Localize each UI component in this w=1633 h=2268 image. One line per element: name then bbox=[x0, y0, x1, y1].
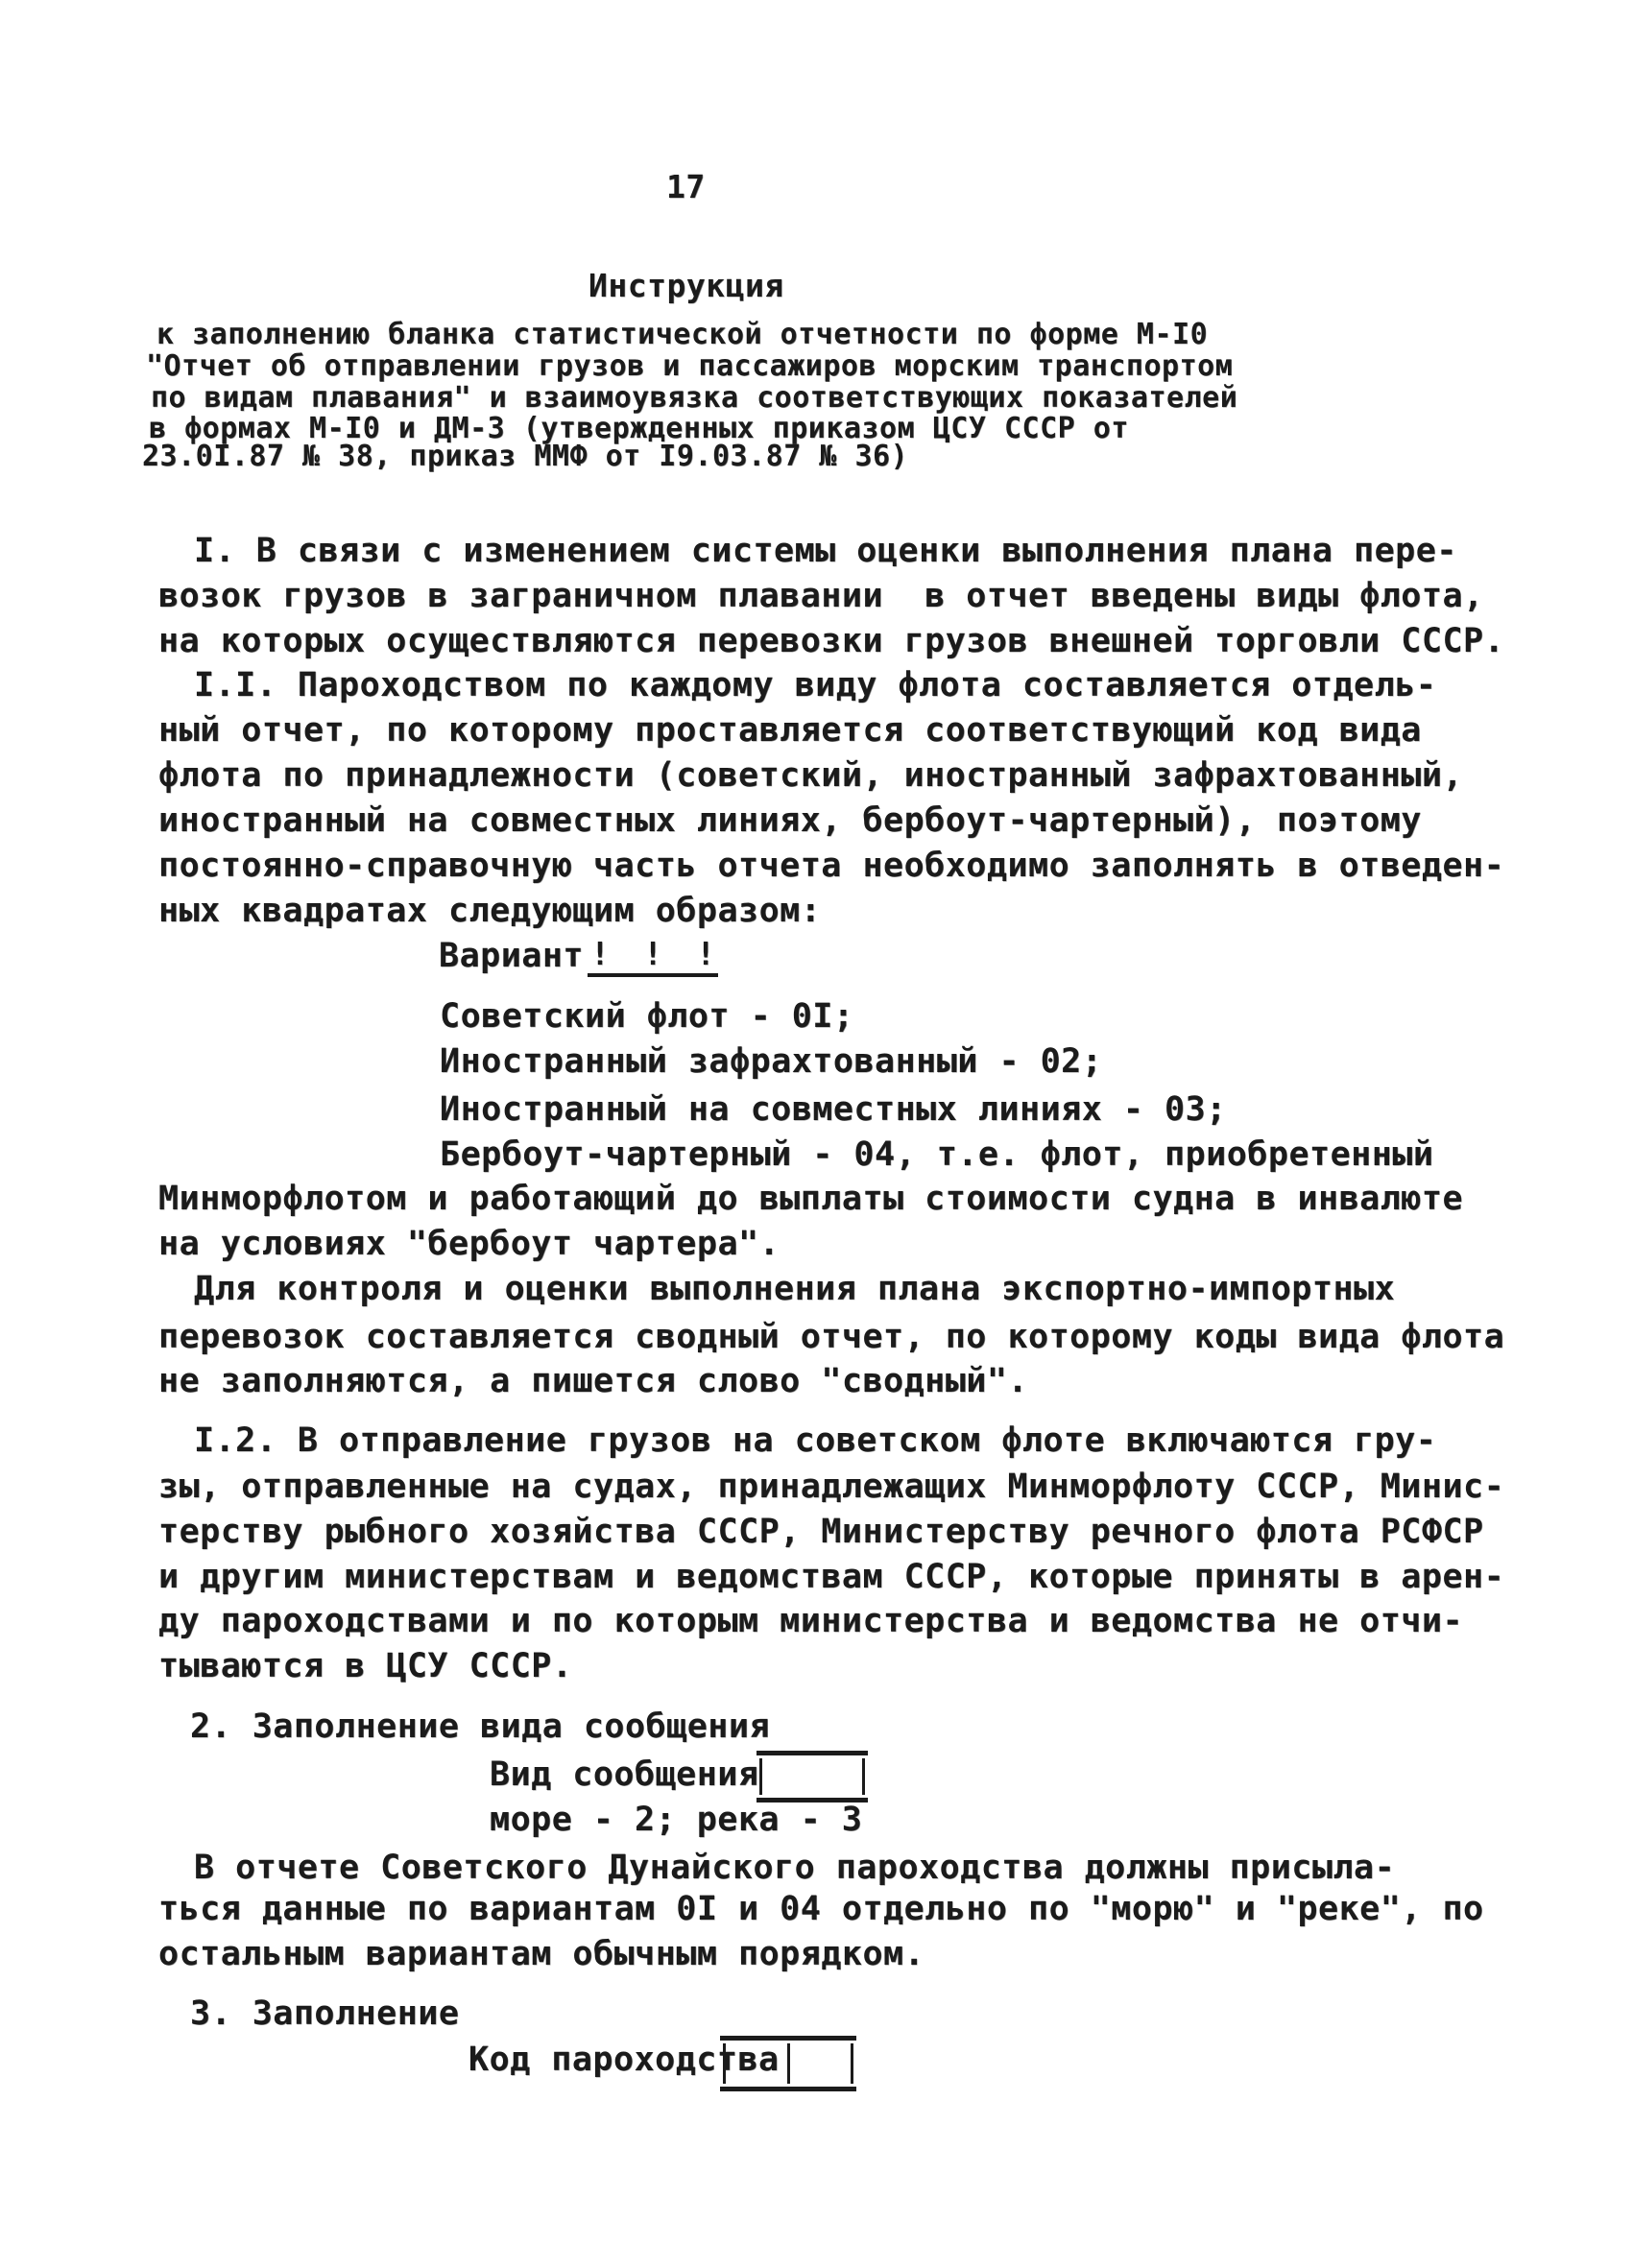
message-type-values: море - 2; река - 3 bbox=[490, 1803, 862, 1837]
paragraph-line: возок грузов в заграничном плавании в от… bbox=[158, 580, 1484, 613]
paragraph-line: на условиях "бербоут чартера". bbox=[158, 1228, 780, 1261]
paragraph-line: остальным вариантам обычным порядком. bbox=[158, 1938, 925, 1971]
paragraph-line: ных квадратах следующим образом: bbox=[158, 895, 821, 928]
variant-code-box: ! ! ! bbox=[588, 938, 718, 977]
paragraph-line: на которых осуществляются перевозки груз… bbox=[158, 625, 1504, 658]
page-number: 17 bbox=[666, 171, 706, 203]
fleet-list-item: Советский флот - 0I; bbox=[440, 1000, 853, 1034]
section-2-heading: 2. Заполнение вида сообщения bbox=[190, 1710, 770, 1744]
cell-divider bbox=[851, 2043, 853, 2084]
message-type-label: Вид сообщения bbox=[490, 1758, 758, 1792]
cell-divider bbox=[723, 2043, 726, 2084]
shipping-company-code-box bbox=[720, 2036, 856, 2091]
paragraph-line: ться данные по вариантам 0I и 04 отдельн… bbox=[158, 1893, 1484, 1926]
paragraph-line: тываются в ЦСУ СССР. bbox=[158, 1650, 572, 1683]
paragraph-line: зы, отправленные на судах, принадлежащих… bbox=[158, 1470, 1504, 1504]
paragraph-line: Для контроля и оценки выполнения плана э… bbox=[194, 1273, 1395, 1306]
paragraph-line: терству рыбного хозяйства СССР, Министер… bbox=[158, 1516, 1484, 1549]
paragraph-line: флота по принадлежности (советский, инос… bbox=[158, 759, 1463, 793]
cell-divider bbox=[759, 1758, 762, 1795]
paragraph-line: и другим министерствам и ведомствам СССР… bbox=[158, 1561, 1504, 1594]
paragraph-line: I. В связи с изменением системы оценки в… bbox=[194, 535, 1457, 568]
cell-tick: ! bbox=[643, 938, 662, 969]
header-line: "Отчет об отправлении грузов и пассажиро… bbox=[146, 352, 1233, 381]
cell-divider bbox=[787, 2043, 790, 2084]
paragraph-line: не заполняются, а пишется слово "сводный… bbox=[158, 1365, 1028, 1398]
fleet-list-item: Иностранный на совместных линиях - 03; bbox=[440, 1093, 1227, 1127]
paragraph-line: I.2. В отправление грузов на советском ф… bbox=[194, 1424, 1436, 1458]
document-title: Инструкция bbox=[588, 270, 784, 301]
scanned-document-page: 17 Инструкция к заполнению бланка статис… bbox=[0, 0, 1633, 2268]
section-3-heading: 3. Заполнение bbox=[190, 1997, 459, 2031]
message-type-box bbox=[756, 1751, 868, 1802]
cell-tick: ! bbox=[696, 938, 715, 969]
header-line: к заполнению бланка статистической отчет… bbox=[156, 321, 1208, 349]
paragraph-line: Минморфлотом и работающий до выплаты сто… bbox=[158, 1182, 1463, 1216]
header-line: по видам плавания" и взаимоувязка соотве… bbox=[151, 384, 1237, 413]
fleet-list-item: Иностранный зафрахтованный - 02; bbox=[440, 1045, 1102, 1079]
paragraph-line: ный отчет, по которому проставляется соо… bbox=[158, 714, 1422, 748]
cell-tick: ! bbox=[590, 938, 610, 969]
variant-label: Вариант bbox=[439, 940, 584, 973]
paragraph-line: иностранный на совместных линиях, бербоу… bbox=[158, 804, 1422, 838]
cell-divider bbox=[862, 1758, 865, 1795]
paragraph-line: В отчете Советского Дунайского пароходст… bbox=[194, 1851, 1395, 1885]
paragraph-line: I.I. Пароходством по каждому виду флота … bbox=[194, 669, 1436, 703]
header-line: 23.0I.87 № 38, приказ ММФ от I9.03.87 № … bbox=[142, 442, 908, 471]
paragraph-line: постоянно-справочную часть отчета необхо… bbox=[158, 849, 1504, 883]
paragraph-line: перевозок составляется сводный отчет, по… bbox=[158, 1321, 1504, 1354]
fleet-list-item: Бербоут-чартерный - 04, т.е. флот, приоб… bbox=[440, 1138, 1433, 1172]
paragraph-line: ду пароходствами и по которым министерст… bbox=[158, 1605, 1463, 1638]
